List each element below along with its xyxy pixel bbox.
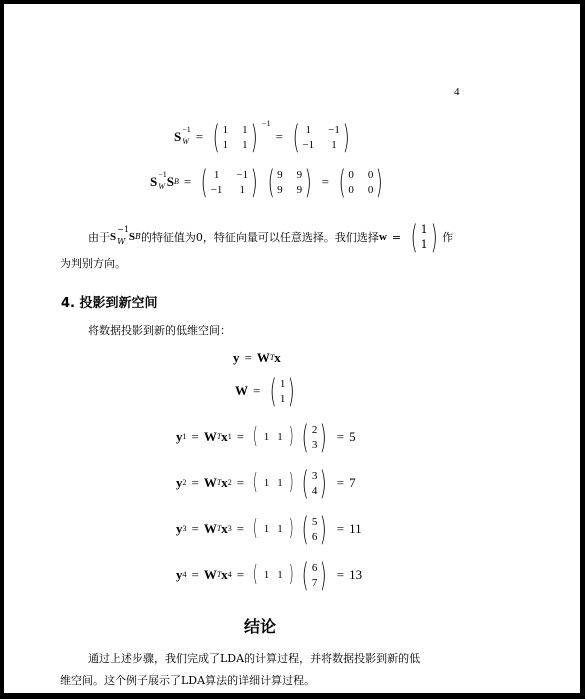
matrix-zero: ( 0 0 0 0 ) — [336, 167, 386, 197]
column-vector: ( 34 ) — [299, 468, 329, 498]
equals-sign: = — [337, 429, 344, 445]
equals-sign: = — [322, 174, 329, 190]
equals-sign: = — [392, 231, 401, 244]
matrix-ones: ( 1 1 1 1 ) — [210, 122, 260, 152]
left-paren: ( — [293, 122, 300, 152]
symbol-x: x — [221, 567, 228, 583]
vector-cell: 5 — [312, 515, 318, 529]
matrix-cell: 9 — [297, 168, 303, 182]
equation-sw-inverse: S −1 W = ( 1 1 1 1 ) −1 = ( 1 −1 −1 1 — [174, 122, 354, 152]
result-value: 11 — [349, 521, 362, 537]
matrix-cell: 9 — [277, 183, 283, 197]
matrix-cell: 0 — [368, 168, 374, 182]
right-paren: ) — [320, 514, 327, 544]
result-value: 7 — [349, 475, 356, 491]
text: 由于 — [88, 229, 110, 245]
vector-cell: 1 — [421, 238, 428, 252]
matrix-cell: 1 — [211, 168, 223, 182]
matrix-cell: 1 — [302, 123, 314, 137]
equals-sign: = — [192, 567, 199, 583]
left-paren: ( — [270, 376, 277, 406]
matrix-cell: 1 — [328, 138, 340, 152]
superscript: −1 — [158, 171, 167, 179]
right-paren: ) — [289, 560, 294, 590]
vector-cell: 1 — [280, 392, 286, 406]
equals-sign: = — [337, 521, 344, 537]
symbol-y: y — [233, 350, 240, 366]
equals-sign: = — [184, 174, 191, 190]
equation-projection: y = W T x — [233, 350, 281, 366]
column-vector: ( 67 ) — [299, 560, 329, 590]
column-vector: ( 56 ) — [299, 514, 329, 544]
left-paren: ( — [339, 167, 346, 197]
vector-cell: 1 — [264, 431, 270, 443]
column-vector: ( 23 ) — [299, 422, 329, 452]
vector-cell: 6 — [312, 561, 318, 575]
right-paren: ) — [289, 468, 294, 498]
equals-sign: = — [253, 383, 260, 399]
matrix-cell: −1 — [236, 168, 248, 182]
paragraph-eigen: 由于 S −1 W S B 的特征值为0，特征向量可以任意选择。我们选择 w =… — [88, 222, 453, 252]
sup-sub: −1 W — [158, 174, 167, 190]
sup-sub: −1 W — [117, 229, 129, 245]
matrix-cell: 0 — [348, 183, 354, 197]
left-paren: ( — [411, 222, 418, 252]
left-paren: ( — [213, 122, 220, 152]
matrix-cell: 9 — [277, 168, 283, 182]
conclusion-line2: 维空间。这个例子展示了LDA算法的详细计算过程。 — [60, 672, 315, 688]
right-paren: ) — [288, 376, 295, 406]
row-vector: ( 11 ) — [251, 560, 295, 590]
symbol-y: y — [176, 429, 183, 445]
equals-sign: = — [237, 429, 244, 445]
conclusion-line1: 通过上述步骤，我们完成了LDA的计算过程，并将数据投影到新的低 — [88, 650, 420, 666]
section-heading: 4. 投影到新空间 — [61, 292, 158, 311]
right-paren: ) — [289, 514, 294, 544]
equation-sw-inv-sb: S −1 W S B = ( 1 −1 −1 1 ) ( 9 9 9 9 — [150, 167, 388, 197]
subscript: W — [117, 238, 129, 246]
superscript: −1 — [117, 226, 129, 234]
subscript: W — [182, 138, 191, 146]
superscript: −1 — [182, 126, 191, 134]
symbol-y: y — [176, 521, 183, 537]
vector-cell: 1 — [277, 569, 283, 581]
equals-sign: = — [245, 350, 252, 366]
equation-y1: y1 = WT x1 = ( 11 ) ( 23 ) = 5 — [176, 422, 356, 452]
left-paren: ( — [253, 422, 258, 452]
equals-sign: = — [337, 567, 344, 583]
symbol-w: W — [204, 521, 217, 537]
equals-sign: = — [192, 429, 199, 445]
left-paren: ( — [302, 514, 309, 544]
matrix-cell: 1 — [242, 123, 248, 137]
vector-cell: 7 — [312, 576, 318, 590]
left-paren: ( — [253, 514, 258, 544]
matrix-cell: −1 — [302, 138, 314, 152]
symbol-w: W — [204, 475, 217, 491]
section-intro: 将数据投影到新的低维空间： — [88, 322, 231, 338]
sup-sub: −1 W — [182, 129, 191, 145]
page-number: 4 — [454, 86, 460, 98]
left-paren: ( — [253, 468, 258, 498]
left-paren: ( — [253, 560, 258, 590]
symbol-s: S — [167, 174, 174, 190]
matrix-cell: 0 — [348, 168, 354, 182]
equation-y2: y2 = WT x2 = ( 11 ) ( 34 ) = 7 — [176, 468, 356, 498]
right-paren: ) — [376, 167, 383, 197]
left-paren: ( — [267, 167, 274, 197]
vector-cell: 1 — [277, 477, 283, 489]
equals-sign: = — [192, 475, 199, 491]
vector-cell: 2 — [312, 423, 318, 437]
symbol-w: W — [204, 429, 217, 445]
right-paren: ) — [251, 167, 258, 197]
matrix-sb: ( 9 9 9 9 ) — [265, 167, 315, 197]
row-vector: ( 11 ) — [251, 514, 295, 544]
matrix-cell: 1 — [223, 138, 229, 152]
equals-sign: = — [196, 129, 203, 145]
right-paren: ) — [250, 122, 257, 152]
vector-cell: 1 — [264, 477, 270, 489]
matrix-cell: −1 — [211, 183, 223, 197]
right-paren: ) — [320, 422, 327, 452]
result-value: 5 — [349, 429, 356, 445]
symbol-y: y — [176, 475, 183, 491]
text: 作 — [442, 229, 453, 245]
right-paren: ) — [289, 422, 294, 452]
symbol-x: x — [221, 521, 228, 537]
equation-y4: y4 = WT x4 = ( 11 ) ( 67 ) = 13 — [176, 560, 362, 590]
result-value: 13 — [349, 567, 362, 583]
right-paren: ) — [430, 222, 437, 252]
symbol-s: S — [110, 231, 116, 243]
subscript: W — [158, 183, 167, 191]
vector-cell: 1 — [277, 431, 283, 443]
conclusion-heading: 结论 — [244, 614, 276, 637]
vector-cell: 1 — [277, 523, 283, 535]
matrix-cell: 0 — [368, 183, 374, 197]
equals-sign: = — [276, 129, 283, 145]
row-vector: ( 11 ) — [251, 422, 295, 452]
equals-sign: = — [237, 521, 244, 537]
right-paren: ) — [343, 122, 350, 152]
vector-w: ( 1 1 ) — [267, 376, 297, 406]
vector-cell: 4 — [312, 484, 318, 498]
vector-cell: 1 — [264, 523, 270, 535]
equation-y3: y3 = WT x3 = ( 11 ) ( 56 ) = 11 — [176, 514, 362, 544]
exponent: −1 — [262, 119, 271, 128]
matrix-sw-inverse: ( 1 −1 −1 1 ) — [198, 167, 260, 197]
left-paren: ( — [302, 422, 309, 452]
equals-sign: = — [337, 475, 344, 491]
symbol-s: S — [174, 129, 181, 145]
vector-cell: 1 — [280, 377, 286, 391]
right-paren: ) — [320, 468, 327, 498]
vector-cell: 1 — [421, 223, 428, 237]
document-page: 4 S −1 W = ( 1 1 1 1 ) −1 = ( 1 −1 −1 — [4, 4, 580, 693]
equals-sign: = — [237, 567, 244, 583]
left-paren: ( — [302, 560, 309, 590]
symbol-w: W — [204, 567, 217, 583]
symbol-y: y — [176, 567, 183, 583]
vector-w: ( 1 1 ) — [408, 222, 440, 252]
right-paren: ) — [320, 560, 327, 590]
paragraph-eigen-line2: 为判别方向。 — [60, 255, 126, 271]
matrix-cell: 1 — [236, 183, 248, 197]
symbol-w: W — [235, 383, 248, 399]
vector-cell: 6 — [312, 530, 318, 544]
vector-cell: 3 — [312, 469, 318, 483]
symbol-x: x — [221, 475, 228, 491]
matrix-result: ( 1 −1 −1 1 ) — [290, 122, 352, 152]
left-paren: ( — [302, 468, 309, 498]
text: 的特征值为0，特征向量可以任意选择。我们选择 — [141, 229, 379, 245]
equation-w-def: W = ( 1 1 ) — [235, 376, 300, 406]
matrix-cell: 1 — [223, 123, 229, 137]
symbol-w: w — [379, 231, 387, 243]
left-paren: ( — [201, 167, 208, 197]
symbol-s: S — [150, 174, 157, 190]
matrix-cell: 9 — [297, 183, 303, 197]
row-vector: ( 11 ) — [251, 468, 295, 498]
vector-cell: 1 — [264, 569, 270, 581]
equals-sign: = — [237, 475, 244, 491]
symbol-x: x — [221, 429, 228, 445]
matrix-cell: 1 — [242, 138, 248, 152]
right-paren: ) — [305, 167, 312, 197]
vector-cell: 3 — [312, 438, 318, 452]
symbol-w: W — [257, 350, 270, 366]
equals-sign: = — [192, 521, 199, 537]
symbol-x: x — [274, 350, 281, 366]
matrix-cell: −1 — [328, 123, 340, 137]
